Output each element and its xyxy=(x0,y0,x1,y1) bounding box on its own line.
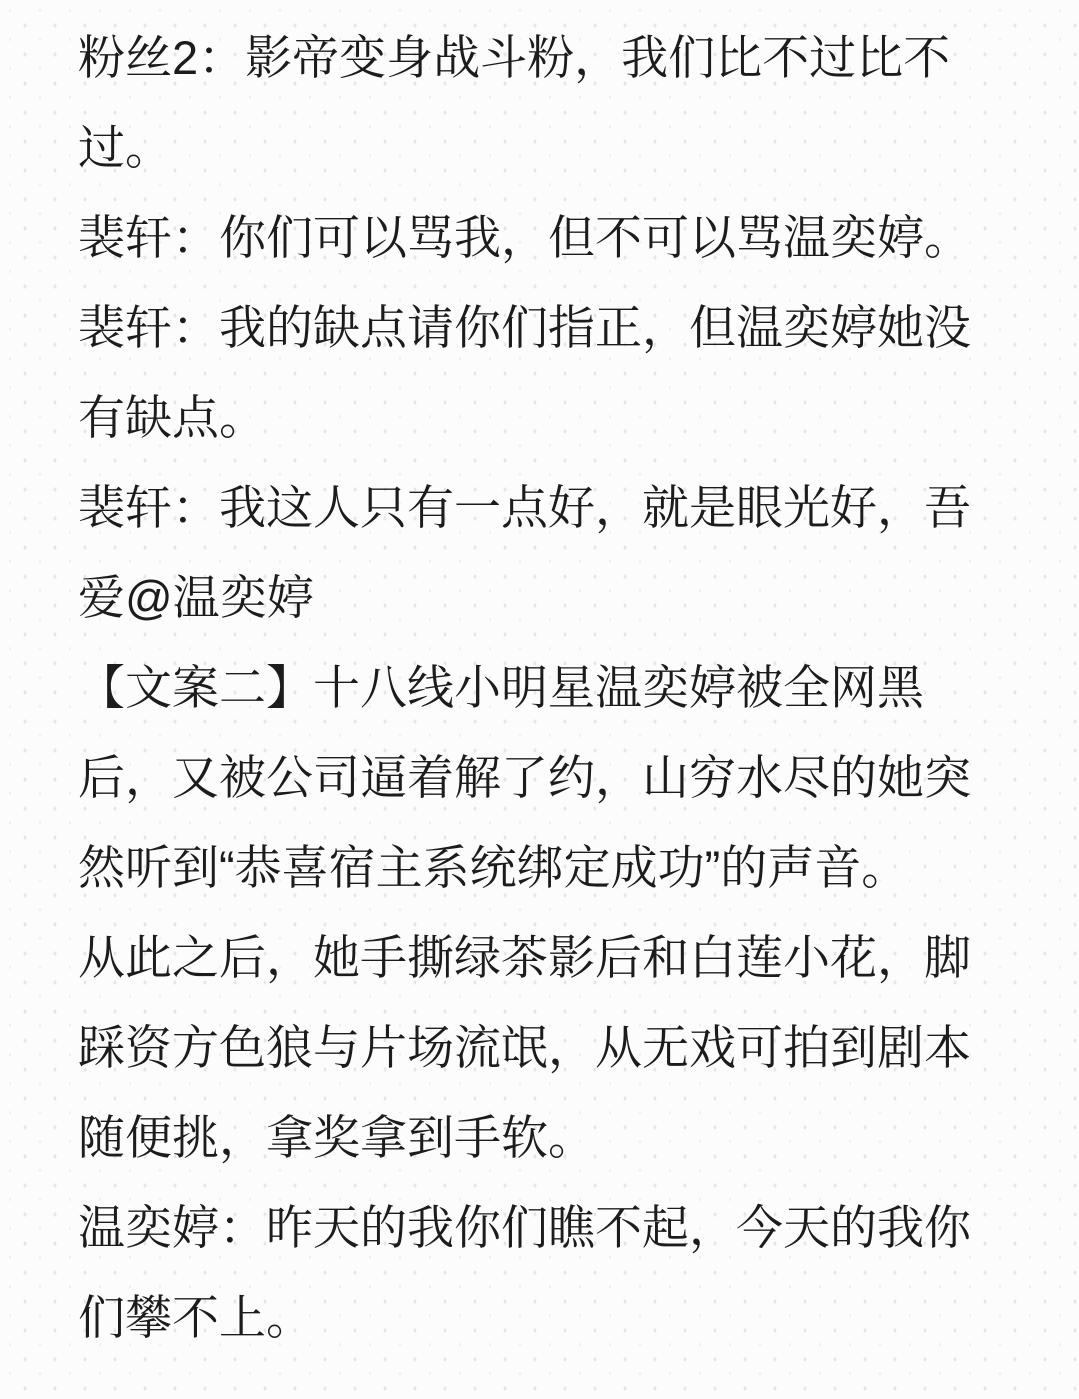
paragraph: 裴轩：我的缺点请你们指正，但温奕婷她没有缺点。 xyxy=(78,283,1019,463)
paragraph: 温奕婷：昨天的我你们瞧不起，今天的我你们攀不上。 xyxy=(78,1183,1019,1363)
novel-text-page: 粉丝2：影帝变身战斗粉，我们比不过比不过。裴轩：你们可以骂我，但不可以骂温奕婷。… xyxy=(0,0,1079,1399)
paragraph: 从此之后，她手撕绿茶影后和白莲小花，脚踩资方色狼与片场流氓，从无戏可拍到剧本随便… xyxy=(78,913,1019,1183)
text-line: 裴轩：我这人只有一点好，就是眼光好，吾 xyxy=(78,463,1019,553)
paragraph: 裴轩：我这人只有一点好，就是眼光好，吾爱@温奕婷 xyxy=(78,463,1019,643)
text-line: 然听到“恭喜宿主系统绑定成功”的声音。 xyxy=(78,823,1019,913)
paragraph: 【文案二】十八线小明星温奕婷被全网黑后，又被公司逼着解了约，山穷水尽的她突然听到… xyxy=(78,643,1019,913)
text-line: 从此之后，她手撕绿茶影后和白莲小花，脚 xyxy=(78,913,1019,1003)
text-line: 们攀不上。 xyxy=(78,1273,1019,1363)
novel-text-body: 粉丝2：影帝变身战斗粉，我们比不过比不过。裴轩：你们可以骂我，但不可以骂温奕婷。… xyxy=(78,13,1019,1363)
text-line: 有缺点。 xyxy=(78,373,1019,463)
text-line: 踩资方色狼与片场流氓，从无戏可拍到剧本 xyxy=(78,1003,1019,1093)
paragraph: 裴轩：你们可以骂我，但不可以骂温奕婷。 xyxy=(78,193,1019,283)
text-line: 裴轩：我的缺点请你们指正，但温奕婷她没 xyxy=(78,283,1019,373)
text-line: 【文案二】十八线小明星温奕婷被全网黑 xyxy=(78,643,1019,733)
text-line: 爱@温奕婷 xyxy=(78,553,1019,643)
paragraph: 粉丝2：影帝变身战斗粉，我们比不过比不过。 xyxy=(78,13,1019,193)
text-line: 随便挑，拿奖拿到手软。 xyxy=(78,1093,1019,1183)
text-line: 裴轩：你们可以骂我，但不可以骂温奕婷。 xyxy=(78,193,1019,283)
text-line: 温奕婷：昨天的我你们瞧不起，今天的我你 xyxy=(78,1183,1019,1273)
text-line: 过。 xyxy=(78,103,1019,193)
text-line: 粉丝2：影帝变身战斗粉，我们比不过比不 xyxy=(78,13,1019,103)
text-line: 后，又被公司逼着解了约，山穷水尽的她突 xyxy=(78,733,1019,823)
